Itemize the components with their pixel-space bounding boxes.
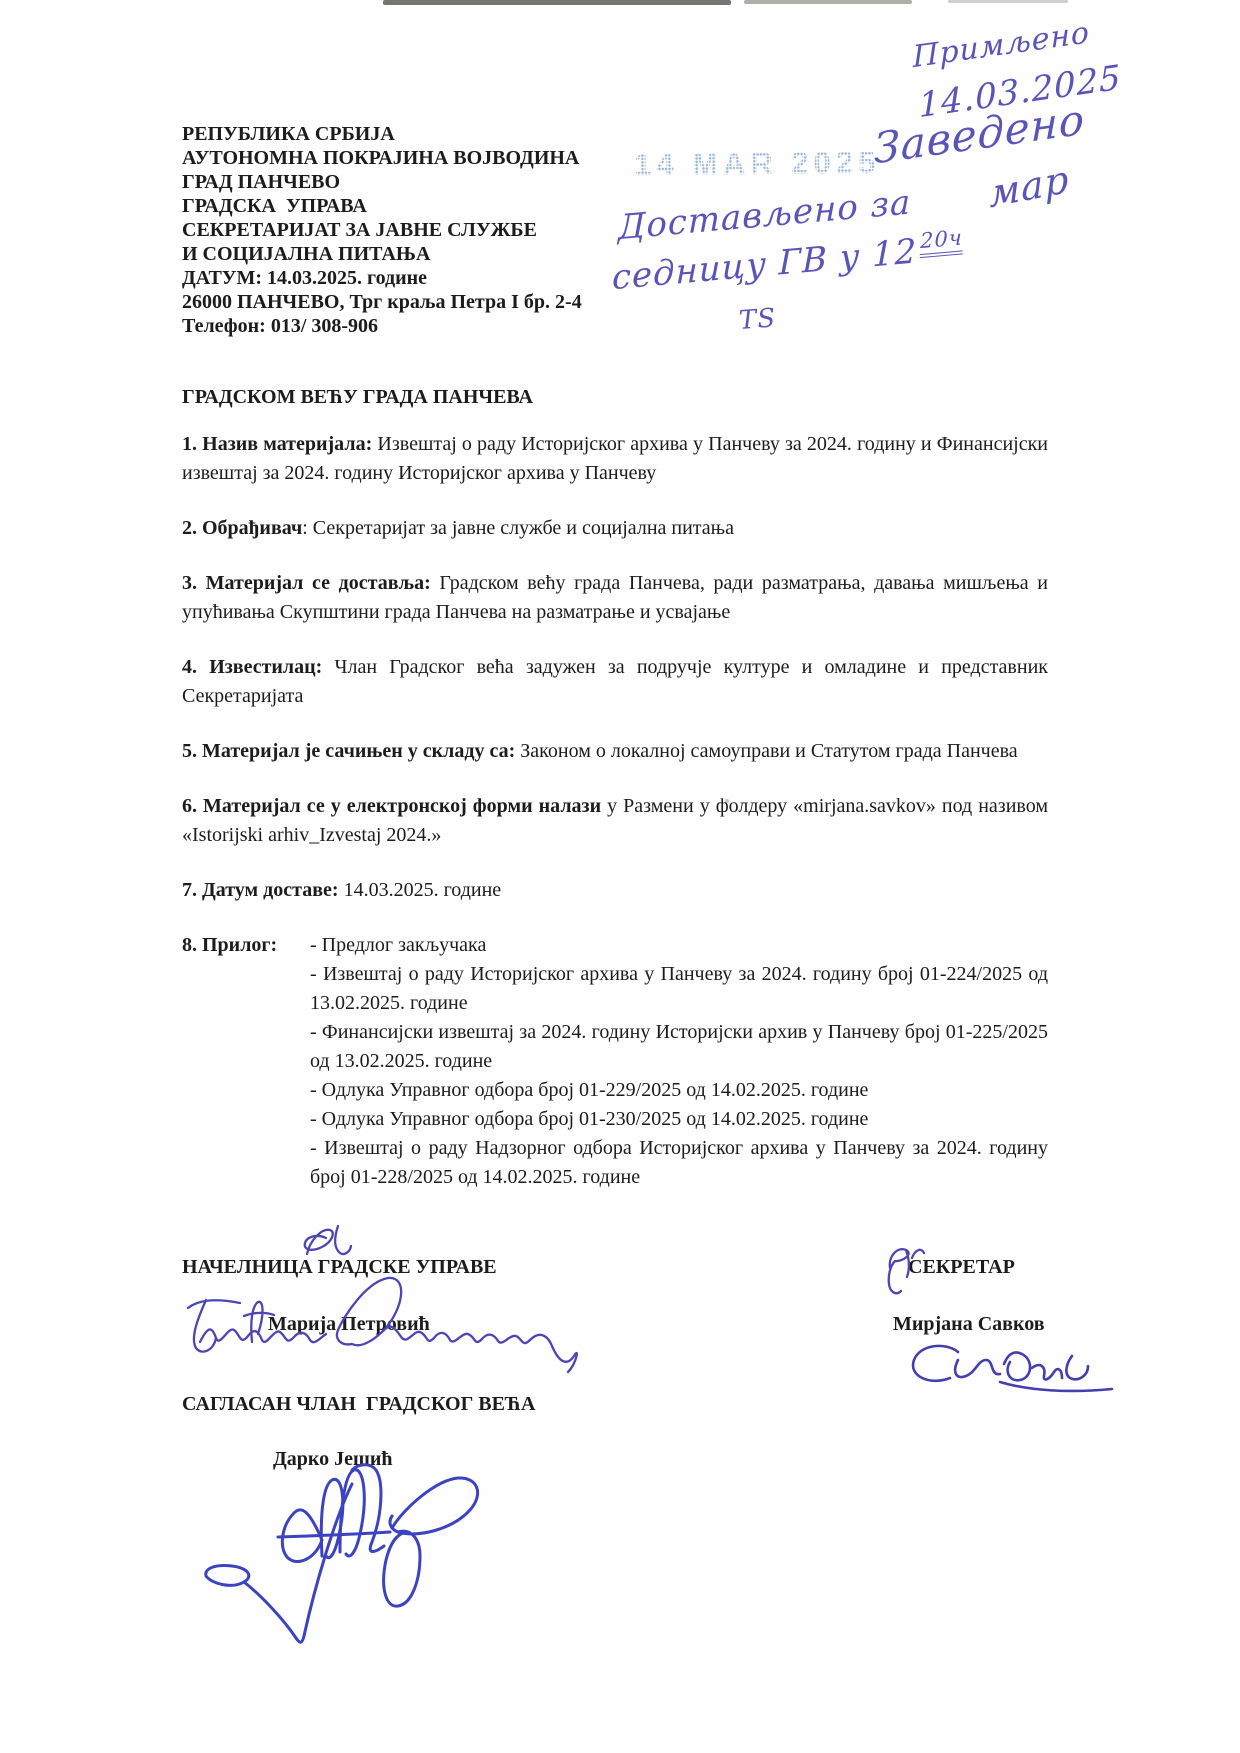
item-paragraph-1: 1. Назив материјала: Извештај о раду Ист… [182,430,1048,488]
item-paragraph-4: 4. Известилац: Члан Градског већа задуже… [182,653,1048,711]
item-7-text: 14.03.2025. године [339,879,502,901]
attachments-list: - Предлог закључака - Извештај о раду Ис… [310,931,1048,1192]
recipient-title: ГРАДСКОМ ВЕЋУ ГРАДА ПАНЧЕВА [182,386,533,409]
signoff-title-secretary: СЕКРЕТАР [908,1256,1015,1279]
attachment-line: - Финансијски извештај за 2024. годину И… [310,1018,1048,1076]
item-paragraph-8: 8. Прилог: - Предлог закључака - Извешта… [182,931,1048,1192]
attachment-line: - Предлог закључака [310,931,1048,960]
attachment-line: - Извештај о раду Надзорног одбора Истор… [310,1134,1048,1192]
item-4-label: 4. Известилац: [182,656,322,678]
letterhead-line-secretariat: СЕКРЕТАРИЈАТ ЗА ЈАВНЕ СЛУЖБЕ [182,218,582,242]
letterhead-line-province: АУТОНОМНА ПОКРАЈИНА ВОЈВОДИНА [182,146,582,170]
signature-darko-jesic [206,1465,478,1643]
signoff-name-marija-petrovic: Марија Петровић [268,1313,430,1336]
scan-edge-artifact [744,0,912,4]
attachment-line: - Одлука Управног одбора број 01-230/202… [310,1105,1048,1134]
attachment-line: - Извештај о раду Историјског архива у П… [310,960,1048,1018]
letterhead-line-phone: Телефон: 013/ 308-906 [182,314,582,338]
document-body: 1. Назив материјала: Извештај о раду Ист… [182,430,1048,1192]
item-7-label: 7. Датум доставе: [182,879,339,901]
signoff-title-council-member: САГЛАСАН ЧЛАН ГРАДСКОГ ВЕЋА [182,1393,535,1416]
item-5-text: Законом о локалној самоуправи и Статутом… [515,740,1017,762]
item-paragraph-5: 5. Материјал је сачињен у складу са: Зак… [182,737,1048,766]
item-5-label: 5. Материјал је сачињен у складу са: [182,740,515,762]
letterhead-line-address: 26000 ПАНЧЕВО, Трг краља Петра I бр. 2-4 [182,290,582,314]
letterhead: РЕПУБЛИКА СРБИЈА АУТОНОМНА ПОКРАЈИНА ВОЈ… [182,122,582,338]
scan-edge-artifact [948,0,1068,3]
session-note-time-superscript: 20ч [920,225,963,258]
date-stamp: 14 MAR 2025 [634,145,881,184]
letterhead-line-administration: ГРАДСКА УПРАВА [182,194,582,218]
handwritten-month-word: мар [988,156,1070,216]
item-3-label: 3. Материјал се доставља: [182,572,431,594]
handwritten-initials: ТS [738,303,777,336]
item-paragraph-3: 3. Материјал се доставља: Градском већу … [182,569,1048,627]
letterhead-line-republic: РЕПУБЛИКА СРБИЈА [182,122,582,146]
letterhead-line-date: ДАТУМ: 14.03.2025. године [182,266,582,290]
signature-mirjana-savkov [913,1346,1112,1391]
letterhead-line-city: ГРАД ПАНЧЕВО [182,170,582,194]
item-2-text: : Секретаријат за јавне службе и социјал… [302,517,734,539]
scan-edge-artifact [383,0,731,5]
approval-mark-da [305,1226,351,1254]
item-paragraph-6: 6. Материјал се у електронској форми нал… [182,792,1048,850]
item-paragraph-2: 2. Обрађивач: Секретаријат за јавне служ… [182,514,1048,543]
item-1-label: 1. Назив материјала: [182,433,372,455]
letterhead-line-secretariat2: И СОЦИЈАЛНА ПИТАЊА [182,242,582,266]
item-2-label: 2. Обрађивач [182,517,302,539]
scanned-document-page: Примљено 14.03.2025 Заведено мар 14 MAR … [0,0,1240,1753]
signoff-title-chief: НАЧЕЛНИЦА ГРАДСКЕ УПРАВЕ [182,1256,497,1279]
attachments-label: 8. Прилог: [182,931,310,1192]
signoff-name-darko-jesic: Дарко Јешић [273,1448,393,1471]
signoff-name-mirjana-savkov: Мирјана Савков [893,1313,1045,1336]
attachment-line: - Одлука Управног одбора број 01-229/202… [310,1076,1048,1105]
item-paragraph-7: 7. Датум доставе: 14.03.2025. године [182,876,1048,905]
item-6-label: 6. Материјал се у електронској форми нал… [182,795,601,817]
